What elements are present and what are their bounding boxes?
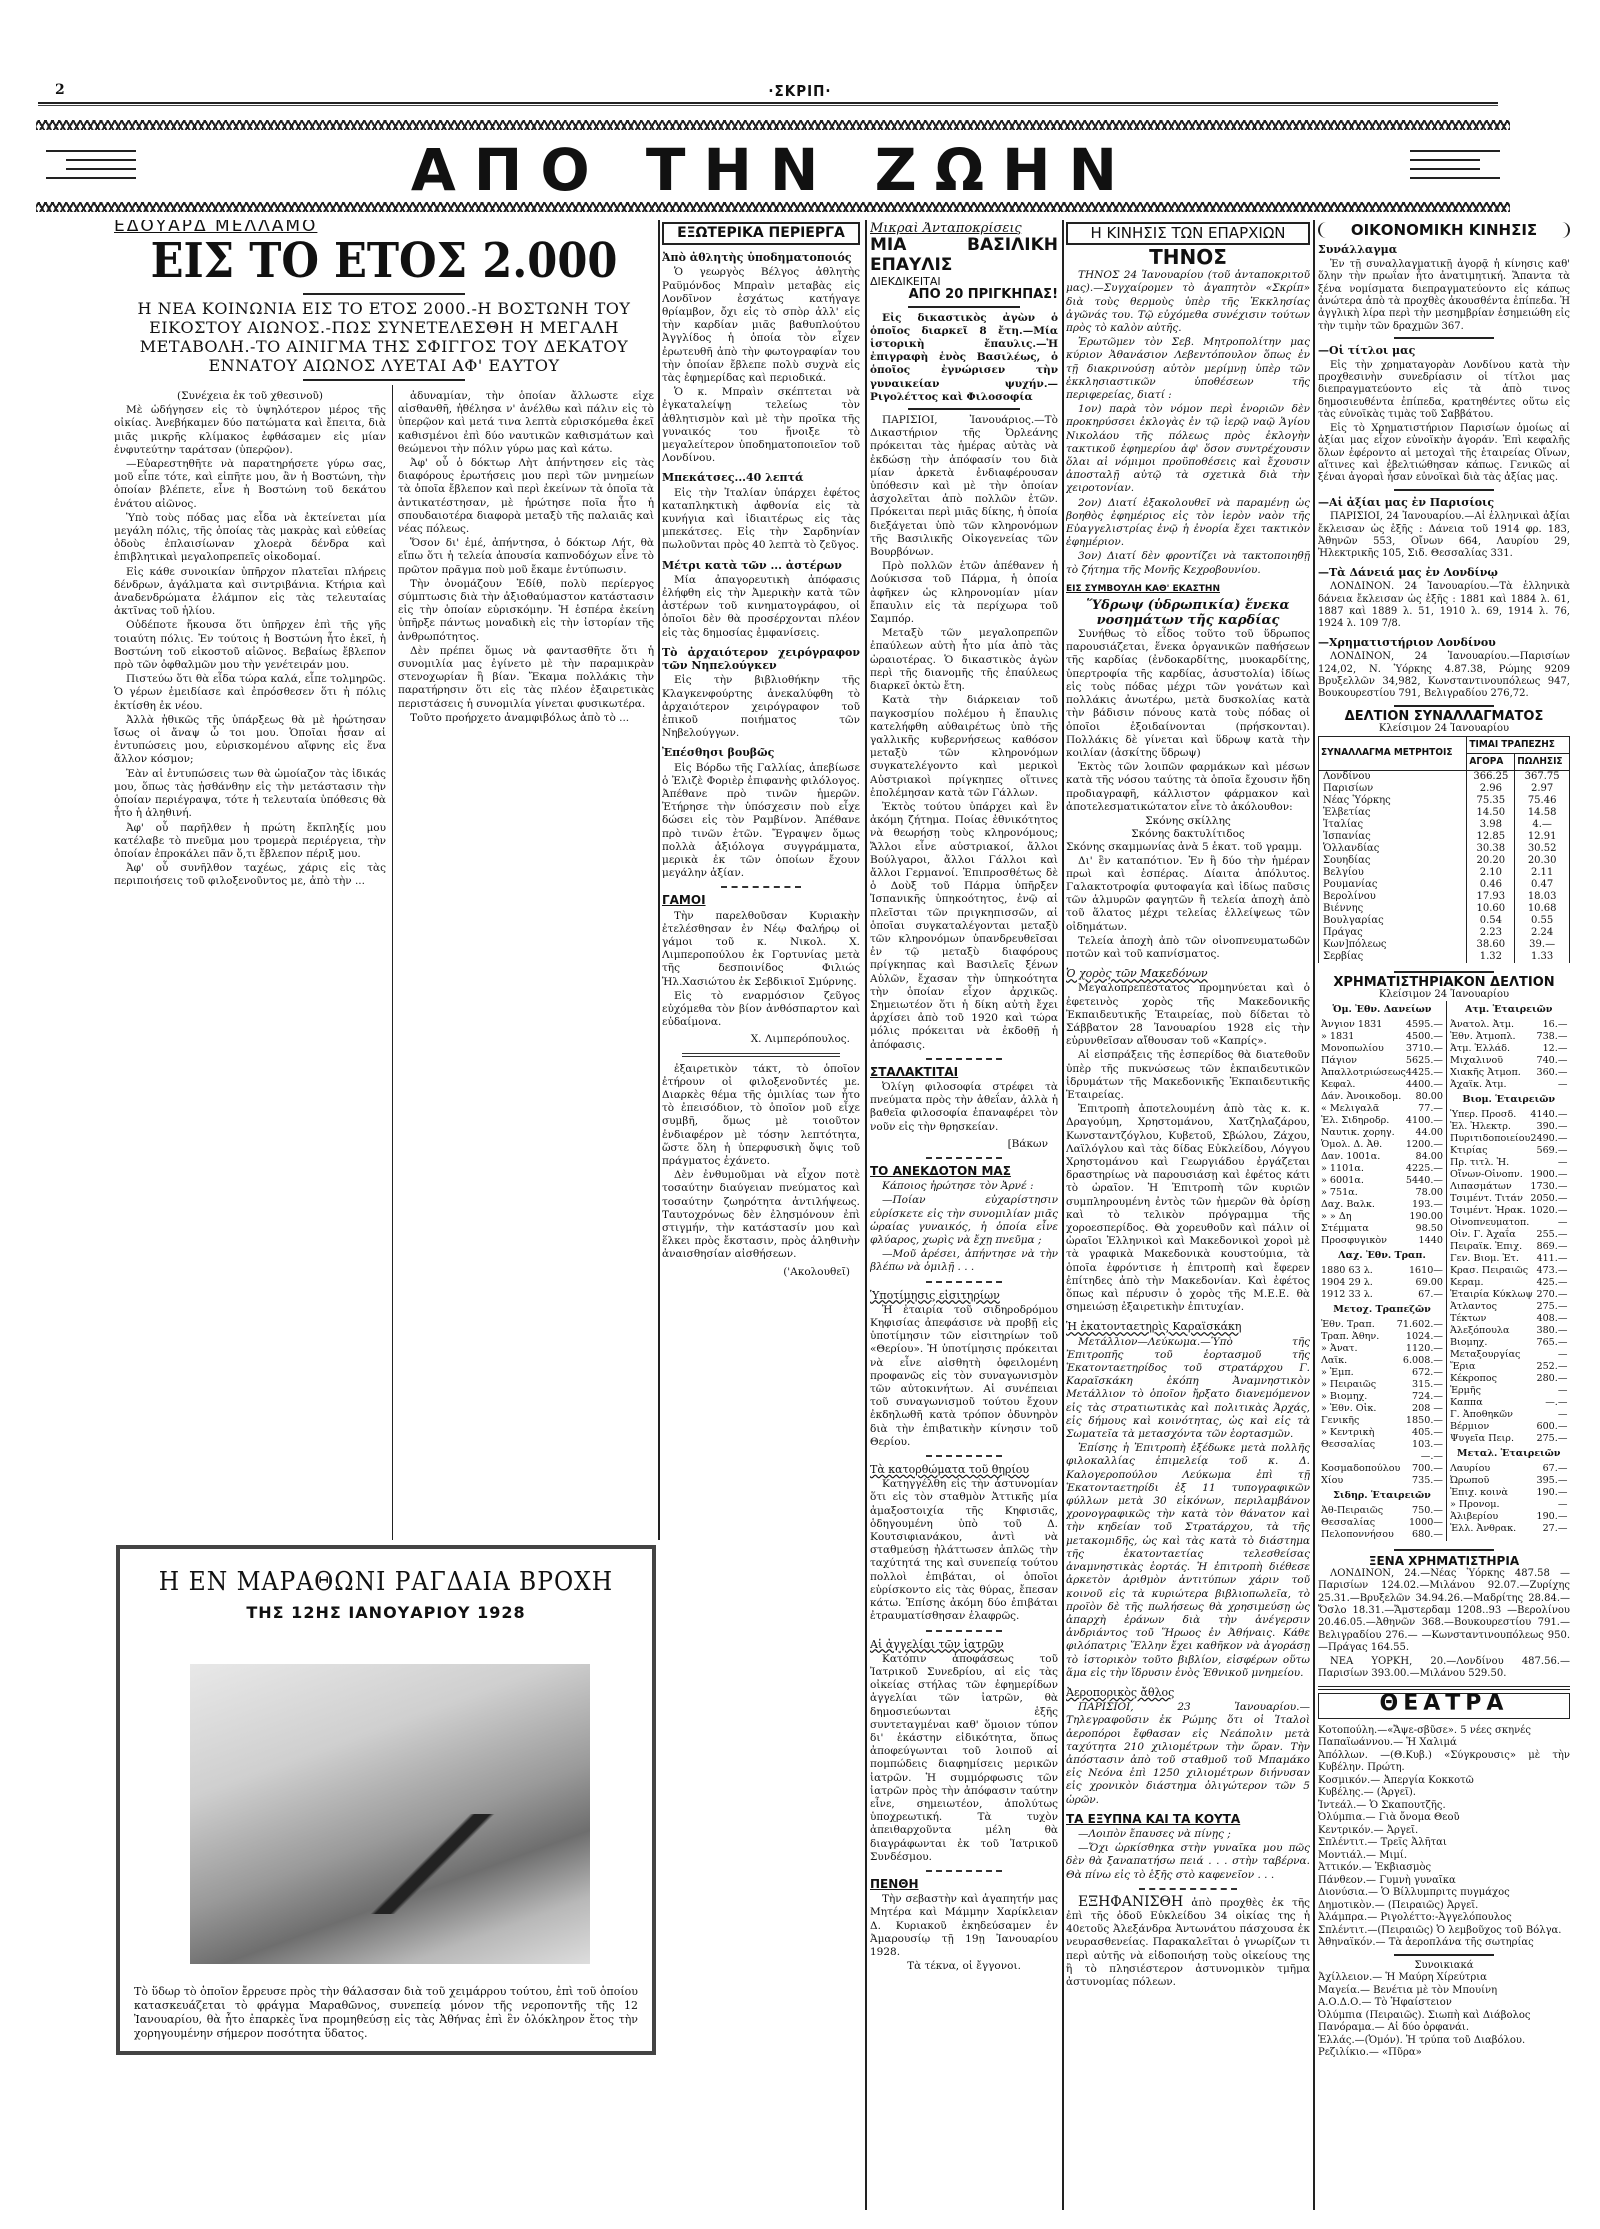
stock-row: » Ἐμπ.672.— [1321,1367,1443,1379]
paragraph: Συνήθως τὸ εἶδος τοῦτο τοῦ ὕδρωπος παρου… [1066,628,1310,760]
stock-value: 275.— [1536,1301,1567,1313]
fx-currency: Παρισίων [1319,783,1467,795]
section-title: —Τὰ Δάνειά μας ἐν Λονδίνῳ [1318,567,1570,579]
stock-value: 735.— [1412,1475,1443,1487]
stock-row: Ἐλ. Ἠλεκτρ.390.— [1450,1121,1567,1133]
fx-row: Λονδίνου366.25367.75 [1319,770,1570,783]
fx-sell: 30.52 [1515,843,1570,855]
stock-name: Βιομηχ. [1450,1337,1487,1349]
stock-name: Ἐπιχ. κοινὰ [1450,1487,1508,1499]
signature: [Βάκων [880,1138,1048,1151]
stock-name: Ὑπερ. Προσδ. [1450,1109,1516,1121]
stock-group-header: Ὁμ. Ἐθν. Δανείων [1321,1004,1443,1016]
paragraph: Ἐρωτῶμεν τὸν Σεβ. Μητροπολίτην μας κύριο… [1066,336,1310,402]
paragraph: Ὀλίγη φιλοσοφία στρέφει τὰ πνεύματα πρὸς… [870,1081,1058,1134]
stock-value: 4500.— [1406,1031,1443,1043]
stock-row: » Βιομηχ.724.— [1321,1391,1443,1403]
stock-name: Ἀπαλλοτριώσεως [1321,1067,1406,1079]
stock-name: Κεραμ. [1450,1277,1484,1289]
fx-buy: 1.32 [1467,951,1515,963]
stock-group-header: Σιδηρ. Ἑταιρειῶν [1321,1490,1443,1502]
stock-row: » 1101α.4225.— [1321,1163,1443,1175]
stock-row: Ἀτμ. Ἑλλάδ.12.— [1450,1043,1567,1055]
stock-name: Ἑταιρία Κύκλωψ [1450,1289,1533,1301]
paragraph: Τοῦτο προήρχετο ἀναμφιβόλως ἀπὸ τὸ ... [398,712,654,725]
fx-buy: 0.54 [1467,915,1515,927]
stock-row: Μεταξουργίας— [1450,1349,1567,1361]
stock-value: 193.— [1412,1199,1443,1211]
stock-name: Ἀλεξόπουλα [1450,1325,1510,1337]
stock-value: 315.— [1412,1379,1443,1391]
stock-row: » Κεντρικὴ405.— [1321,1427,1443,1439]
epavlis-column: Μικραὶ Ἀνταποκρίσεις ΜΙΑ ΒΑΣΙΛΙΚΗ ΕΠΑΥΛΙ… [870,222,1058,2212]
fx-buy: 0.46 [1467,879,1515,891]
kicker: Μικραὶ Ἀνταποκρίσεις [870,222,1058,235]
stock-row: » » Δη190.00 [1321,1211,1443,1223]
fx-row: Ὁλλανδίας30.3830.52 [1319,843,1570,855]
theatres-title: ΘΕΑΤΡΑ [1380,1691,1509,1716]
stock-group-header: Μεταλ. Ἑταιρειῶν [1450,1448,1567,1460]
paragraph: Ἐὰν αἱ ἐντυπώσεις των θὰ ὡμοίαζον τὰς ἰδ… [114,768,386,821]
stock-name: Πελοποννήσου [1321,1529,1394,1541]
stock-value: 67.— [1543,1463,1568,1475]
stock-row: Ἐθν. Τραπ.71.602.— [1321,1319,1443,1331]
continues-note: ('Ακολουθεῖ) [672,1266,850,1279]
fx-sell: 0.55 [1515,915,1570,927]
stock-value: 425.— [1536,1277,1567,1289]
paragraph: Ἐπιτροπὴ ἀποτελουμένη ἀπὸ τὰς κ. κ. Δραγ… [1066,1103,1310,1314]
stock-row: Δαν. 1001α.84.00 [1321,1151,1443,1163]
fx-currency: Ἰσπανίας [1319,831,1467,843]
paragraph: Εἰς τὴν Ἰταλίαν ὑπάρχει ἐφέτος καταπληκτ… [662,487,860,553]
stock-value: 2050.— [1530,1193,1567,1205]
fx-currency: Σερβίας [1319,951,1467,963]
rule [1394,1954,1495,1956]
stock-value: 6.008.— [1403,1355,1443,1367]
theatre-item: Παπαϊωάννου.— Ἡ Χαλιμά [1318,1737,1570,1750]
stock-value: 208 — [1412,1403,1443,1415]
paragraph: 1ον) παρὰ τὸν νόμον περὶ ἐνοριῶν δὲν προ… [1066,403,1310,495]
summary: Εἰς δικαστικὸς ἀγὼν ὁ ὁποῖος διαρκεῖ 8 ἔ… [870,312,1058,404]
section-title: Τὰ κατορθώματα τοῦ θηρίου [870,1463,1058,1476]
rule [1318,1686,1570,1690]
stock-value: —.— [1545,1397,1567,1409]
main-article-col-2: ἀδυναμίαν, τὴν ὁποίαν ἄλλωστε εἶχε αἰσθα… [398,390,654,1535]
fx-closing: Κλείσιμον 24 Ἰανουαρίου [1318,723,1570,735]
stock-value: —.— [1421,1451,1443,1463]
paragraph: ΠΑΡΙΣΙΟΙ, Ἰανουάριος.—Τὸ Δικαστήριον τῆς… [870,414,1058,559]
stock-value: 4225.— [1406,1163,1443,1175]
ornament-rule [682,1053,840,1057]
fx-buy: 20.20 [1467,855,1515,867]
stock-row: Κοσμαδοπούλου700.— [1321,1463,1443,1475]
banner-wave-bottom [36,202,1510,212]
stock-value: — [1558,1157,1568,1169]
theatre-item: Α.Ο.Δ.Ο.— Τὸ Ἠφαίστειον [1318,1997,1570,2010]
signature: Χ. Λιμπερόπουλος. [672,1033,850,1046]
stock-value: 103.— [1412,1439,1443,1451]
fx-currency: Ρουμανίας [1319,879,1467,891]
section-banner: ΑΠΟ ΤΗΝ ΖΩΗΝ [36,120,1510,212]
fx-header-currency: ΣΥΝΑΛΛΑΓΜΑ ΜΕΤΡΗΤΟΙΣ [1319,736,1467,770]
paragraph: Ἐπίσης ἡ Ἐπιτροπὴ ἐξέδωκε μετὰ πολλῆς φι… [1066,1442,1310,1680]
fx-header-buy: ΑΓΟΡΑ [1467,753,1515,770]
stock-row: Κεφαλ.4400.— [1321,1079,1443,1091]
fx-row: Πράγας2.232.24 [1319,927,1570,939]
place-title: ΤΗΝΟΣ [1066,245,1310,269]
item-title: Μέτρι κατὰ τῶν ... ἀστέρων [662,559,860,572]
fx-row: Ρουμανίας0.460.47 [1319,879,1570,891]
stock-row: 1912 33 λ.67.— [1321,1289,1443,1301]
oikonomiki-box-title: ΟΙΚΟΝΟΜΙΚΗ ΚΙΝΗΣΙΣ [1318,222,1570,238]
stock-row: Ἀπαλλοτριώσεως4425.— [1321,1067,1443,1079]
fx-currency: Πράγας [1319,927,1467,939]
stock-row: Θεσσαλίας103.— [1321,1439,1443,1451]
theatre-item: Μοντιάλ.— Μιμί. [1318,1850,1570,1863]
stock-name: Γεν. Βιομ. Ἑτ. [1450,1253,1519,1265]
stock-name: 1912 33 λ. [1321,1289,1373,1301]
stock-row: Γενικῆς1850.— [1321,1415,1443,1427]
stock-value: 360.— [1536,1067,1567,1079]
stock-value: 1610— [1409,1265,1443,1277]
stock-value: — [1558,1349,1568,1361]
fx-title: ΔΕΛΤΙΟΝ ΣΥΝΑΛΛΑΓΜΑΤΟΣ [1318,711,1570,723]
paragraph: —Μοῦ ἀρέσει, ἀπήντησε νὰ τὴν βλέπω νὰ ὁμ… [870,1248,1058,1274]
paragraph: Εἰς τὴν βιβλιοθήκην τῆς Κλαγκενφούρτης ἀ… [662,674,860,740]
paragraph: 2ον) Διατί ἐξακολουθεῖ νὰ παραμένῃ ὡς βο… [1066,497,1310,550]
paragraph: Εἰς κάθε συνοικίαν ὑπῆρχον πλατεῖαι πλήρ… [114,566,386,619]
stock-name: 1904 29 λ. [1321,1277,1373,1289]
section-title: Συνάλλαγμα [1318,244,1570,256]
stock-row: Δάν. Ἀνοικοδομ.80.00 [1321,1091,1443,1103]
stock-value: 473.— [1536,1265,1567,1277]
ornament-rule [926,1870,1001,1872]
stock-row: Πειραϊκ. Ἐπιχ.869.— [1450,1241,1567,1253]
section-title: —Αἱ ἀξίαι μας ἐν Παρισίοις [1318,497,1570,509]
recipe-line: Σκόνης δακτυλίτιδος [1066,828,1310,841]
stock-value: 27.— [1543,1523,1568,1535]
rule [1394,1549,1495,1551]
fx-row: Βιέννης10.6010.68 [1319,903,1570,915]
fx-row: Παρισίων2.962.97 [1319,783,1570,795]
stock-row: Ναυτικ. χορηγ.44.00 [1321,1127,1443,1139]
stock-name: Ἀνγιον 1831 [1321,1019,1382,1031]
fx-sell: 1.33 [1515,951,1570,963]
health-kicker: ΕΙΣ ΣΥΜΒΟΥΛΗ ΚΑΘ' ΕΚΑΣΤΗΝ [1066,583,1310,596]
fx-table: ΣΥΝΑΛΛΑΓΜΑ ΜΕΤΡΗΤΟΙΣ ΤΙΜΑΙ ΤΡΑΠΕΖΗΣ ΑΓΟΡ… [1318,736,1570,963]
stock-value: 12.— [1543,1043,1568,1055]
stock-value: 569.— [1536,1145,1567,1157]
stock-value: 1200.— [1406,1139,1443,1151]
stock-name: Πυριτιδοποιείου [1450,1133,1530,1145]
fx-buy: 2.96 [1467,783,1515,795]
stock-value: 380.— [1536,1325,1567,1337]
theatre-item: Κοσμικόν.— Ἀπεργία Κοκκοτῶ [1318,1775,1570,1788]
fx-sell: 14.58 [1515,807,1570,819]
paragraph: ΠΑΡΙΣΙΟΙ, 24 Ἰανουαρίου.—Αἱ ἑλληνικαὶ ἀξ… [1318,511,1570,561]
paragraph: Τελεία ἀποχὴ ἀπὸ τῶν οἰνοπνευματωδῶν ποτ… [1066,935,1310,961]
stock-name: Προσφυγικὸν [1321,1235,1387,1247]
stock-row: Ἀνατολ. Ἀτμ.16.— [1450,1019,1567,1031]
stock-name: Πρ. τιτλ. Ἡ. [1450,1157,1509,1169]
exoterika-box-title: ΕΞΩΤΕΡΙΚΑ ΠΕΡΙΕΡΓΑ [662,222,860,245]
paragraph: Εἰς Βόρδω τῆς Γαλλίας, ἀπεβίωσε ὁ Ἐλιζὲ … [662,762,860,881]
fx-table-body: Λονδίνου366.25367.75Παρισίων2.962.97Νέας… [1319,770,1570,963]
paragraph: Δὲν ἐνθυμοῦμαι νὰ εἶχον ποτὲ τοσαύτην δι… [662,1169,860,1261]
item-title: Ἀπὸ ἀθλητὴς ὑποδηματοποιός [662,251,860,264]
paragraph: Μὲ ὡδήγησεν εἰς τὸ ὑψηλότερον μέρος τῆς … [114,404,386,457]
stock-value: 16.— [1543,1019,1568,1031]
stock-value: 4425.— [1406,1067,1443,1079]
stock-row: Μονοπωλίου3710.— [1321,1043,1443,1055]
paragraph: Ἐκτὸς τῶν λοιπῶν φαρμάκων καὶ μέσων κατὰ… [1066,761,1310,814]
fx-header-sell: ΠΩΛΗΣΙΣ [1515,753,1570,770]
theatre-item: Δημοτικὸν.— (Πειραιῶς) Ἀργεῖ. [1318,1900,1570,1913]
paragraph: Πρὸ πολλῶν ἐτῶν ἀπέθανεν ἡ Δούκισσα τοῦ … [870,560,1058,626]
theatre-item: Πανόραμα.— Αἱ δύο ὀρφανάι. [1318,2022,1570,2035]
paragraph: —Ὄχι ὡρκίσθηκα στὴν γυναῖκα μου πῶς δὲν … [1066,1842,1310,1882]
stock-name: Ἀθ-Πειραιῶς [1321,1505,1383,1517]
stock-value: — [1558,1217,1568,1229]
stock-row: » 18314500.— [1321,1031,1443,1043]
stock-name: « Μελιγαλᾶ [1321,1103,1379,1115]
stock-row: Κέκροπος280.— [1450,1373,1567,1385]
theatre-item: Σπλέντιτ.— Τρεῖς Ἀλῆται [1318,1837,1570,1850]
section-title: Ἡ ἑκατονταετηρὶς Καραϊσκάκη [1066,1320,1310,1333]
item-title: Μπεκάτσες...40 λεπτά [662,471,860,484]
rule [303,379,465,381]
paragraph: —Ποίαν εὐχαρίστησιν εὑρίσκετε εἰς τὴν συ… [870,1194,1058,1247]
photo-feature: Η ΕΝ ΜΑΡΑΘΩΝΙ ΡΑΓΔΑΙΑ ΒΡΟΧΗ ΤΗΣ 12ΗΣ ΙΑΝ… [116,1545,656,2055]
stock-value: 84.00 [1416,1151,1443,1163]
stock-row: Οἴνων-Οἰνοπν.1900.— [1450,1169,1567,1181]
stock-name: Ὠρωποῦ [1450,1475,1489,1487]
rule [1394,971,1495,973]
stock-value: 98.50 [1416,1223,1443,1235]
article-author: ΕΔΟΥΑΡΔ ΜΕΛΛΑΜΟ [114,220,654,233]
section-title: Αἱ ἀγγελίαι τῶν ἰατρῶν [870,1638,1058,1651]
stock-name: Θεσσαλίας [1321,1517,1375,1529]
fx-sell: 0.47 [1515,879,1570,891]
stock-value: 5625.— [1406,1055,1443,1067]
main-article-col-1: (Συνέχεια ἐκ τοῦ χθεσινοῦ) Μὲ ὡδήγησεν ε… [114,390,386,1535]
stock-row: Ἐλ. Σιδηροδρ.4100.— [1321,1115,1443,1127]
fx-row: Νέας Ὑόρκης75.3575.46 [1319,795,1570,807]
stock-row: Κρασ. Πειραιῶς473.— [1450,1265,1567,1277]
stock-column-left: Ὁμ. Ἐθν. Δανείων Ἀνγιον 18314595.—» 1831… [1318,1001,1446,1541]
stock-row: Ἀνγιον 18314595.— [1321,1019,1443,1031]
ornament-rule [721,886,800,888]
signature: Τὰ τέκνα, οἱ ἔγγονοι. [870,1960,1058,1973]
stock-name: » 1101α. [1321,1163,1364,1175]
exoterika-column: ΕΞΩΤΕΡΙΚΑ ΠΕΡΙΕΡΓΑ Ἀπὸ ἀθλητὴς ὑποδηματο… [662,222,860,1662]
fx-currency: Ὁλλανδίας [1319,843,1467,855]
stock-row: Βέρμιον600.— [1450,1421,1567,1433]
article-subheadline: Η ΝΕΑ ΚΟΙΝΩΝΙΑ ΕΙΣ ΤΟ ΕΤΟΣ 2000.-Η ΒΟΣΤΩ… [114,299,654,375]
stock-name: Τσιμέντ. Τιτάν [1450,1193,1523,1205]
stock-name: Θεσσαλίας [1321,1439,1375,1451]
stock-value: — [1558,1385,1568,1397]
stock-row: » Προνομ.— [1450,1499,1567,1511]
paragraph: Ὁ γεωργὸς Βέλγος ἀθλητὴς Ραϋμόνδος Μπραὶ… [662,266,860,385]
item-title: Τὸ ἀρχαιότερον χειρόγραφον τῶν Νηπελούγκ… [662,646,860,672]
stock-group-header: Μετοχ. Τραπεζῶν [1321,1304,1443,1316]
paragraph: Πιστεύω ὅτι θὰ εἶδα τώρα καλά, εἶπε τολμ… [114,673,386,713]
column-divider [1062,220,1064,2210]
paragraph: Δι' ἓν καταπότιον. Ἐν ἢ δύο τὴν ἡμέραν π… [1066,855,1310,934]
stock-name: Μονοπωλίου [1321,1043,1384,1055]
foreign-exchanges-title: ΞΕΝΑ ΧΡΗΜΑΤΙΣΤΗΡΙΑ [1318,1555,1570,1567]
paragraph: Ὅσον δι' ἐμέ, ἀπήντησα, ὁ δόκτωρ Λήτ, θὰ… [398,537,654,577]
stock-name: Κρασ. Πειραιῶς [1450,1265,1528,1277]
stock-name: Ἀλιβερίου [1450,1511,1498,1523]
stock-name: Κέκροπος [1450,1373,1497,1385]
theatre-item: Ἑλλάς.—(Ὁμόν). Ἡ τρύπα τοῦ Διαβόλου. [1318,2035,1570,2048]
rule [1394,337,1495,339]
stock-row: Ἐθν. Ἀτμοπλ.738.— [1450,1031,1567,1043]
main-article-header: ΕΔΟΥΑΡΔ ΜΕΛΛΑΜΟ ΕΙΣ ΤΟ ΕΤΟΣ 2.000 Η ΝΕΑ … [114,220,654,390]
stock-name: Τραπ. Ἀθην. [1321,1331,1379,1343]
fx-sell: 2.11 [1515,867,1570,879]
column-divider [865,220,867,2210]
stock-row: Λαυρίου67.— [1450,1463,1567,1475]
stock-row: Ἑταιρία Κύκλωψ270.— [1450,1289,1567,1301]
stock-value: 78.00 [1416,1187,1443,1199]
paragraph: Τὴν σεβαστὴν καὶ ἀγαπητήν μας Μητέρα καὶ… [870,1893,1058,1959]
eparchies-box-title: Η ΚΙΝΗΣΙΣ ΤΩΝ ΕΠΑΡΧΙΩΝ [1066,222,1310,245]
paragraph: —Λοιπὸν ἔπαυσες νὰ πίνῃς ; [1066,1828,1310,1841]
stock-name: Οἴνων-Οἰνοπν. [1450,1169,1523,1181]
stock-group-header: Βιομ. Ἑταιρειῶν [1450,1094,1567,1106]
stock-value: 1024.— [1406,1331,1443,1343]
stock-row: Δαχ. Βαλκ.193.— [1321,1199,1443,1211]
stock-name: » Ἐθν. Οἰκ. [1321,1403,1376,1415]
stock-name: Γ. Ἀποθηκῶν [1450,1409,1513,1421]
theatre-subtitle: Συνοικιακά [1318,1960,1570,1972]
fx-currency: Ἰταλίας [1319,819,1467,831]
fx-buy: 14.50 [1467,807,1515,819]
stock-name: » 751α. [1321,1187,1358,1199]
paragraph: Κατηγγέλθη εἰς τὴν ἀστυνομίαν ὅτι εἰς τὸ… [870,1478,1058,1623]
ornament-rule [926,1058,1001,1060]
stock-name: Γενικῆς [1321,1415,1359,1427]
item-title: Ἐπέσθησι βουβῶς [662,746,860,759]
stock-row: Τέκτων408.— [1450,1313,1567,1325]
stock-value: 600.— [1536,1421,1567,1433]
stock-row: Ἐλλ. Ἀνθρακ.27.— [1450,1523,1567,1535]
theatre-item: Ὀλύμπια.— Γιὰ ὄνομα Θεοῦ [1318,1812,1570,1825]
stalaktitai-title: ΣΤΑΛΑΚΤΙΤΑΙ [870,1066,1058,1079]
paragraph: Οὐδέποτε ἤκουσα ὅτι ὑπῆρχεν ἐπὶ τῆς γῆς … [114,619,386,672]
penthi-title: ΠΕΝΘΗ [870,1878,1058,1891]
stock-name: 1880 63 λ. [1321,1265,1373,1277]
theatre-item: Κεντρικόν.— Ἀργεῖ. [1318,1825,1570,1838]
theatre-list: Κοτοπούλη.—«Ἄψε-σβῦσε». 5 νέες σκηνέςΠαπ… [1318,1725,1570,1950]
banner-lines-right [1410,150,1500,186]
stock-row: 1904 29 λ.69.00 [1321,1277,1443,1289]
stock-name: Μεταξουργίας [1450,1349,1520,1361]
stock-row: Λαϊκ.6.008.— [1321,1355,1443,1367]
stock-row: Ἀλιβερίου190.— [1450,1511,1567,1523]
paragraph: Μετάλλιον—Λεύκωμα.—Ὑπὸ τῆς Ἐπιτροπῆς τοῦ… [1066,1336,1310,1442]
stock-row: Τραπ. Ἀθην.1024.— [1321,1331,1443,1343]
fx-buy: 10.60 [1467,903,1515,915]
stock-name: Ἔρια [1450,1361,1476,1373]
stock-row: Τσιμέντ. Ἡρακ.1020.— [1450,1205,1567,1217]
stock-value: 869.— [1536,1241,1567,1253]
theatre-item: Ρεζιλίκιο.— «Πῦρα» [1318,2047,1570,2060]
anekdoton-title: ΤΟ ΑΝΕΚΔΟΤΟΝ ΜΑΣ [870,1165,1058,1178]
stock-value: 750.— [1412,1505,1443,1517]
stock-value: 4400.— [1406,1079,1443,1091]
stock-value: 3710.— [1406,1043,1443,1055]
stock-name: Λιπασμάτων [1450,1181,1512,1193]
stock-row: Πυριτιδοποιείου2490.— [1450,1133,1567,1145]
paragraph: Εἰς τὴν χρηματαγορὰν Λονδίνου κατὰ τὴν π… [1318,360,1570,422]
stock-value: 1120.— [1406,1343,1443,1355]
stock-name: Δάν. Ἀνοικοδομ. [1321,1091,1401,1103]
stock-name: Τσιμέντ. Ἡρακ. [1450,1205,1526,1217]
stock-row: » 751α.78.00 [1321,1187,1443,1199]
stock-name: Ἐλ. Ἠλεκτρ. [1450,1121,1511,1133]
fx-row: Σουηδίας20.2020.30 [1319,855,1570,867]
paragraph: ΝΕΑ ΥΟΡΚΗ, 20.—Λονδίνου 487.56.—Παρισίων… [1318,1656,1570,1681]
fx-sell: 39.— [1515,939,1570,951]
stock-row: Λιπασμάτων1730.— [1450,1181,1567,1193]
continued-note: (Συνέχεια ἐκ τοῦ χθεσινοῦ) [114,390,386,403]
stock-name: Ἑρμῆς [1450,1385,1481,1397]
fx-sell: 12.91 [1515,831,1570,843]
stock-row: « Μελιγαλᾶ77.— [1321,1103,1443,1115]
stock-row: Ἀχαϊκ. Ἀτμ.— [1450,1079,1567,1091]
stock-row: » Ἀνατ.1120.— [1321,1343,1443,1355]
fx-buy: 3.98 [1467,819,1515,831]
fx-row: Βουλγαρίας0.540.55 [1319,915,1570,927]
paragraph: Ὑπὸ τοὺς πόδας μας εἶδα νὰ ἐκτείνεται μί… [114,512,386,565]
section-title: —Χρηματιστήριον Λονδίνου [1318,637,1570,649]
fx-row: Ἰσπανίας12.8512.91 [1319,831,1570,843]
stock-row: Ἀτλαντος275.— [1450,1301,1567,1313]
headline: ΜΙΑ ΒΑΣΙΛΙΚΗ ΕΠΑΥΛΙΣ [870,235,1058,275]
stock-value: 280.— [1536,1373,1567,1385]
theatre-item: Ἰντεάλ.— Ὁ Σκαπουτζῆς. [1318,1800,1570,1813]
stock-column-right: Ατμ. Ἑταιρειῶν Ἀνατολ. Ἀτμ.16.—Ἐθν. Ἀτμο… [1446,1001,1570,1541]
fx-currency: Σουηδίας [1319,855,1467,867]
stock-name: Κεφαλ. [1321,1079,1355,1091]
stock-name: Τέκτων [1450,1313,1486,1325]
stock-value: 395.— [1536,1475,1567,1487]
stock-value: 1000— [1409,1517,1443,1529]
stock-value: 405.— [1412,1427,1443,1439]
stock-row: » Πειραιῶς315.— [1321,1379,1443,1391]
paragraph: Δὲν πρέπει ὅμως νὰ φαντασθῆτε ὅτι ἡ συνο… [398,645,654,711]
stock-name: » Πειραιῶς [1321,1379,1376,1391]
fx-row: Ἑλβετίας14.5014.58 [1319,807,1570,819]
theatre-item: Κυβέλης.— (Ἀργεῖ). [1318,1787,1570,1800]
photo-subtitle: ΤΗΣ 12ΗΣ ΙΑΝΟΥΑΡΙΟΥ 1928 [120,1603,652,1622]
ornament-rule [926,1630,1001,1632]
stock-row: Βιομηχ.765.— [1450,1337,1567,1349]
fx-sell: 10.68 [1515,903,1570,915]
stock-value: 44.00 [1416,1127,1443,1139]
stock-row: 1880 63 λ.1610— [1321,1265,1443,1277]
stock-name: Ἐθν. Ἀτμοπλ. [1450,1031,1516,1043]
banner-title: ΑΠΟ ΤΗΝ ΖΩΗΝ [36,136,1510,204]
stock-value: 680.— [1412,1529,1443,1541]
paragraph: Εἰς τὸ εναρμόσιον ζεῦγος εὐχόμεθα τὸν βί… [662,990,860,1030]
paragraph: Ἀλλὰ ἡθικῶς τῆς ὑπάρξεως θὰ μὲ ἠρώτησαν … [114,714,386,767]
fx-row: Ἰταλίας3.984.— [1319,819,1570,831]
